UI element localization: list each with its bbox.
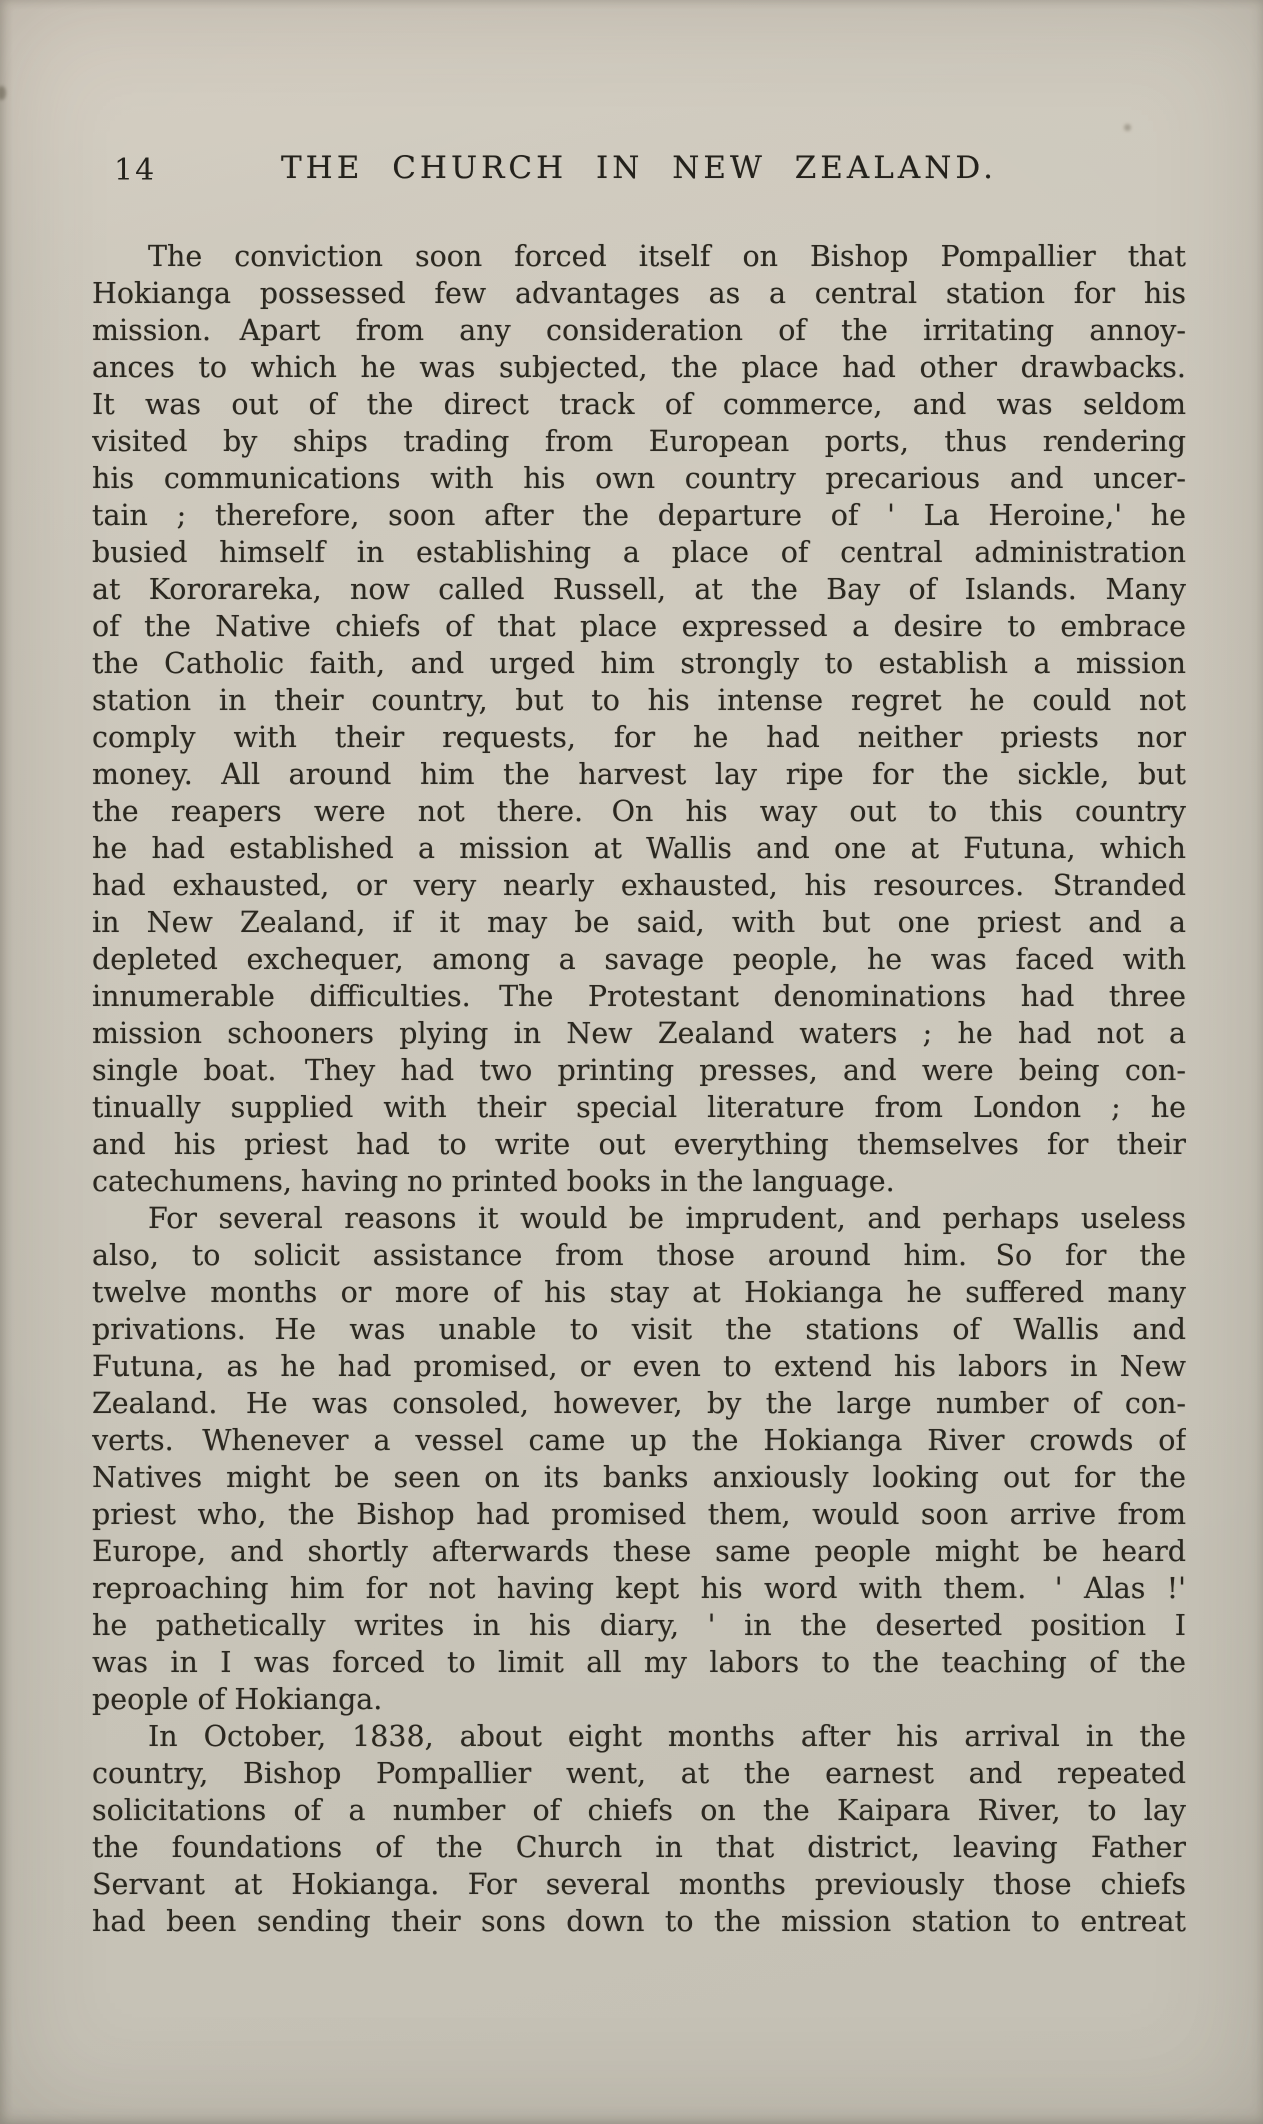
text-line: comply with their requests, for he had n… xyxy=(92,719,1186,756)
text-line: privations. He was unable to visit the s… xyxy=(92,1311,1186,1348)
text-line: his communications with his own country … xyxy=(92,460,1186,497)
text-line: priest who, the Bishop had promised them… xyxy=(92,1496,1186,1533)
text-line: In October, 1838, about eight months aft… xyxy=(92,1718,1186,1755)
text-line: The conviction soon forced itself on Bis… xyxy=(92,238,1186,275)
page-number: 14 xyxy=(114,153,156,188)
text-line: twelve months or more of his stay at Hok… xyxy=(92,1274,1186,1311)
text-line: innumerable difficulties. The Protestant… xyxy=(92,978,1186,1015)
text-line: people of Hokianga. xyxy=(92,1681,1186,1718)
body-text: The conviction soon forced itself on Bis… xyxy=(92,238,1186,1940)
text-line: solicitations of a number of chiefs on t… xyxy=(92,1792,1186,1829)
text-line: Europe, and shortly afterwards these sam… xyxy=(92,1533,1186,1570)
page-header: 14 THE CHURCH IN NEW ZEALAND. xyxy=(92,150,1186,194)
scan-speck xyxy=(1124,124,1131,131)
text-line: in New Zealand, if it may be said, with … xyxy=(92,904,1186,941)
text-line: mission. Apart from any consideration of… xyxy=(92,312,1186,349)
text-line: Natives might be seen on its banks anxio… xyxy=(92,1459,1186,1496)
book-page-scan: 14 THE CHURCH IN NEW ZEALAND. The convic… xyxy=(0,0,1263,2124)
text-line: depleted exchequer, among a savage peopl… xyxy=(92,941,1186,978)
text-line: mission schooners plying in New Zealand … xyxy=(92,1015,1186,1052)
text-line: visited by ships trading from European p… xyxy=(92,423,1186,460)
text-line: ances to which he was subjected, the pla… xyxy=(92,349,1186,386)
running-title: THE CHURCH IN NEW ZEALAND. xyxy=(92,150,1186,186)
text-line: single boat. They had two printing press… xyxy=(92,1052,1186,1089)
text-line: It was out of the direct track of commer… xyxy=(92,386,1186,423)
text-line: Hokianga possessed few advantages as a c… xyxy=(92,275,1186,312)
scan-speck xyxy=(0,86,6,100)
text-line: the reapers were not there. On his way o… xyxy=(92,793,1186,830)
text-line: had been sending their sons down to the … xyxy=(92,1903,1186,1940)
text-line: tain ; therefore, soon after the departu… xyxy=(92,497,1186,534)
text-line: For several reasons it would be impruden… xyxy=(92,1200,1186,1237)
text-line: money. All around him the harvest lay ri… xyxy=(92,756,1186,793)
text-line: he had established a mission at Wallis a… xyxy=(92,830,1186,867)
text-line: the Catholic faith, and urged him strong… xyxy=(92,645,1186,682)
text-line: Zealand. He was consoled, however, by th… xyxy=(92,1385,1186,1422)
text-line: busied himself in establishing a place o… xyxy=(92,534,1186,571)
text-line: and his priest had to write out everythi… xyxy=(92,1126,1186,1163)
text-line: tinually supplied with their special lit… xyxy=(92,1089,1186,1126)
text-line: Servant at Hokianga. For several months … xyxy=(92,1866,1186,1903)
text-line: country, Bishop Pompallier went, at the … xyxy=(92,1755,1186,1792)
text-line: also, to solicit assistance from those a… xyxy=(92,1237,1186,1274)
text-line: catechumens, having no printed books in … xyxy=(92,1163,1186,1200)
text-line: was in I was forced to limit all my labo… xyxy=(92,1644,1186,1681)
text-line: Futuna, as he had promised, or even to e… xyxy=(92,1348,1186,1385)
text-line: had exhausted, or very nearly exhausted,… xyxy=(92,867,1186,904)
text-line: station in their country, but to his int… xyxy=(92,682,1186,719)
text-line: the foundations of the Church in that di… xyxy=(92,1829,1186,1866)
text-line: he pathetically writes in his diary, ' i… xyxy=(92,1607,1186,1644)
text-line: reproaching him for not having kept his … xyxy=(92,1570,1186,1607)
text-line: verts. Whenever a vessel came up the Hok… xyxy=(92,1422,1186,1459)
text-line: at Kororareka, now called Russell, at th… xyxy=(92,571,1186,608)
text-line: of the Native chiefs of that place expre… xyxy=(92,608,1186,645)
